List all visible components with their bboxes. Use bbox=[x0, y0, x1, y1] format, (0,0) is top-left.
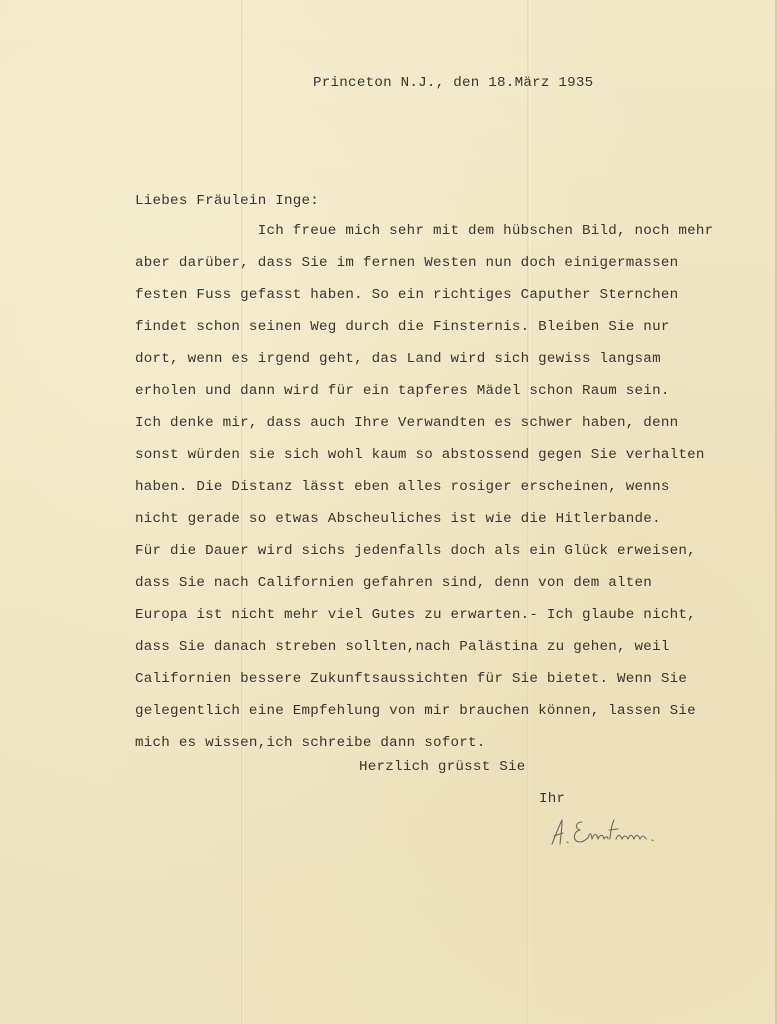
body-line: haben. Die Distanz lässt eben alles rosi… bbox=[135, 478, 670, 496]
body-line: gelegentlich eine Empfehlung von mir bra… bbox=[135, 702, 696, 720]
body-line: Für die Dauer wird sichs jedenfalls doch… bbox=[135, 542, 696, 560]
letter-dateline: Princeton N.J., den 18.März 1935 bbox=[313, 74, 593, 92]
body-line: mich es wissen,ich schreibe dann sofort. bbox=[135, 734, 486, 752]
body-line: sonst würden sie sich wohl kaum so absto… bbox=[135, 446, 705, 464]
body-line: Europa ist nicht mehr viel Gutes zu erwa… bbox=[135, 606, 696, 624]
body-line: aber darüber, dass Sie im fernen Westen … bbox=[135, 254, 678, 272]
body-line: dort, wenn es irgend geht, das Land wird… bbox=[135, 350, 661, 368]
body-line: dass Sie nach Californien gefahren sind,… bbox=[135, 574, 652, 592]
body-line: nicht gerade so etwas Abscheuliches ist … bbox=[135, 510, 661, 528]
body-line: festen Fuss gefasst haben. So ein richti… bbox=[135, 286, 678, 304]
letter-salutation: Liebes Fräulein Inge: bbox=[135, 192, 319, 210]
body-line: erholen und dann wird für ein tapferes M… bbox=[135, 382, 670, 400]
handwritten-signature bbox=[548, 812, 688, 852]
body-line: Ich denke mir, dass auch Ihre Verwandten… bbox=[135, 414, 678, 432]
letter-sign-off: Ihr bbox=[539, 790, 565, 808]
letter-closing: Herzlich grüsst Sie bbox=[359, 758, 526, 776]
body-line: Ich freue mich sehr mit dem hübschen Bil… bbox=[135, 222, 713, 240]
body-line: findet schon seinen Weg durch die Finste… bbox=[135, 318, 670, 336]
body-line: Californien bessere Zukunftsaussichten f… bbox=[135, 670, 687, 688]
body-line: dass Sie danach streben sollten,nach Pal… bbox=[135, 638, 670, 656]
